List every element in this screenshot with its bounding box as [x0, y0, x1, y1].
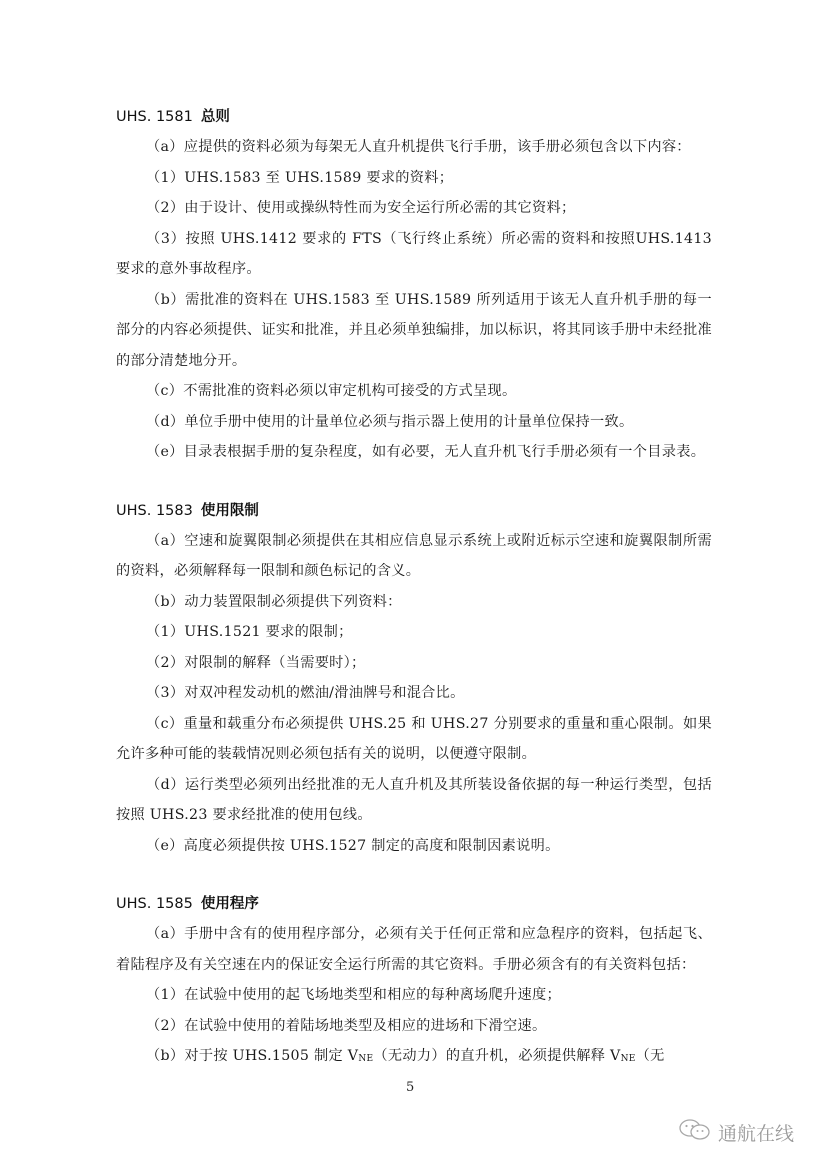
paragraph: （3）按照 UHS.1412 要求的 FTS（飞行终止系统）所必需的资料和按照U…: [116, 224, 712, 285]
page-number: 5: [406, 1080, 414, 1095]
section-title: 总则: [201, 109, 230, 125]
paragraph: （3）对双冲程发动机的燃油/滑油牌号和混合比。: [116, 678, 712, 709]
paragraph: （a）应提供的资料必须为每架无人直升机提供飞行手册，该手册必须包含以下内容：: [116, 132, 712, 163]
text-run: （无: [636, 1048, 665, 1064]
paragraph: （1）在试验中使用的起飞场地类型和相应的每种离场爬升速度；: [116, 980, 712, 1011]
watermark-text: 通航在线: [718, 1119, 794, 1146]
paragraph: （c）重量和载重分布必须提供 UHS.25 和 UHS.27 分别要求的重量和重…: [116, 709, 712, 770]
paragraph: （c）不需批准的资料必须以审定机构可接受的方式呈现。: [116, 376, 712, 407]
subscript: NE: [621, 1054, 636, 1064]
paragraph: （e）高度必须提供按 UHS.1527 制定的高度和限制因素说明。: [116, 831, 712, 862]
section-heading: UHS. 1581总则: [116, 102, 712, 132]
section-uhs-1581: UHS. 1581总则 （a）应提供的资料必须为每架无人直升机提供飞行手册，该手…: [116, 102, 712, 468]
section-code: UHS. 1585: [116, 896, 193, 912]
paragraph: （d）单位手册中使用的计量单位必须与指示器上使用的计量单位保持一致。: [116, 407, 712, 438]
watermark: 通航在线: [678, 1118, 794, 1147]
paragraph: （b）动力装置限制必须提供下列资料：: [116, 587, 712, 618]
text-run: （b）对于按 UHS.1505 制定 V: [146, 1048, 358, 1064]
paragraph: （1）UHS.1583 至 UHS.1589 要求的资料；: [116, 163, 712, 194]
subscript: NE: [358, 1054, 373, 1064]
section-heading: UHS. 1585使用程序: [116, 889, 712, 919]
paragraph: （2）由于设计、使用或操纵特性而为安全运行所必需的其它资料；: [116, 193, 712, 224]
paragraph: （e）目录表根据手册的复杂程度，如有必要，无人直升机飞行手册必须有一个目录表。: [116, 437, 712, 468]
text-run: （无动力）的直升机，必须提供解释 V: [373, 1048, 620, 1064]
section-uhs-1583: UHS. 1583使用限制 （a）空速和旋翼限制必须提供在其相应信息显示系统上或…: [116, 496, 712, 862]
section-title: 使用程序: [201, 896, 259, 912]
paragraph: （a）空速和旋翼限制必须提供在其相应信息显示系统上或附近标示空速和旋翼限制所需的…: [116, 526, 712, 587]
section-code: UHS. 1581: [116, 109, 193, 125]
paragraph: （a）手册中含有的使用程序部分，必须有关于任何正常和应急程序的资料，包括起飞、着…: [116, 919, 712, 980]
paragraph: （d）运行类型必须列出经批准的无人直升机及其所装设备依据的每一种运行类型，包括按…: [116, 770, 712, 831]
section-uhs-1585: UHS. 1585使用程序 （a）手册中含有的使用程序部分，必须有关于任何正常和…: [116, 889, 712, 1074]
section-title: 使用限制: [201, 503, 259, 519]
wechat-icon: [678, 1118, 712, 1147]
document-page: UHS. 1581总则 （a）应提供的资料必须为每架无人直升机提供飞行手册，该手…: [0, 0, 826, 1169]
paragraph: （b）需批准的资料在 UHS.1583 至 UHS.1589 所列适用于该无人直…: [116, 285, 712, 377]
paragraph: （2）对限制的解释（当需要时）；: [116, 648, 712, 679]
section-heading: UHS. 1583使用限制: [116, 496, 712, 526]
section-code: UHS. 1583: [116, 503, 193, 519]
paragraph-vne: （b）对于按 UHS.1505 制定 VNE（无动力）的直升机，必须提供解释 V…: [116, 1041, 712, 1074]
paragraph: （1）UHS.1521 要求的限制；: [116, 617, 712, 648]
paragraph: （2）在试验中使用的着陆场地类型及相应的进场和下滑空速。: [116, 1011, 712, 1042]
document-body: UHS. 1581总则 （a）应提供的资料必须为每架无人直升机提供飞行手册，该手…: [116, 102, 712, 1102]
